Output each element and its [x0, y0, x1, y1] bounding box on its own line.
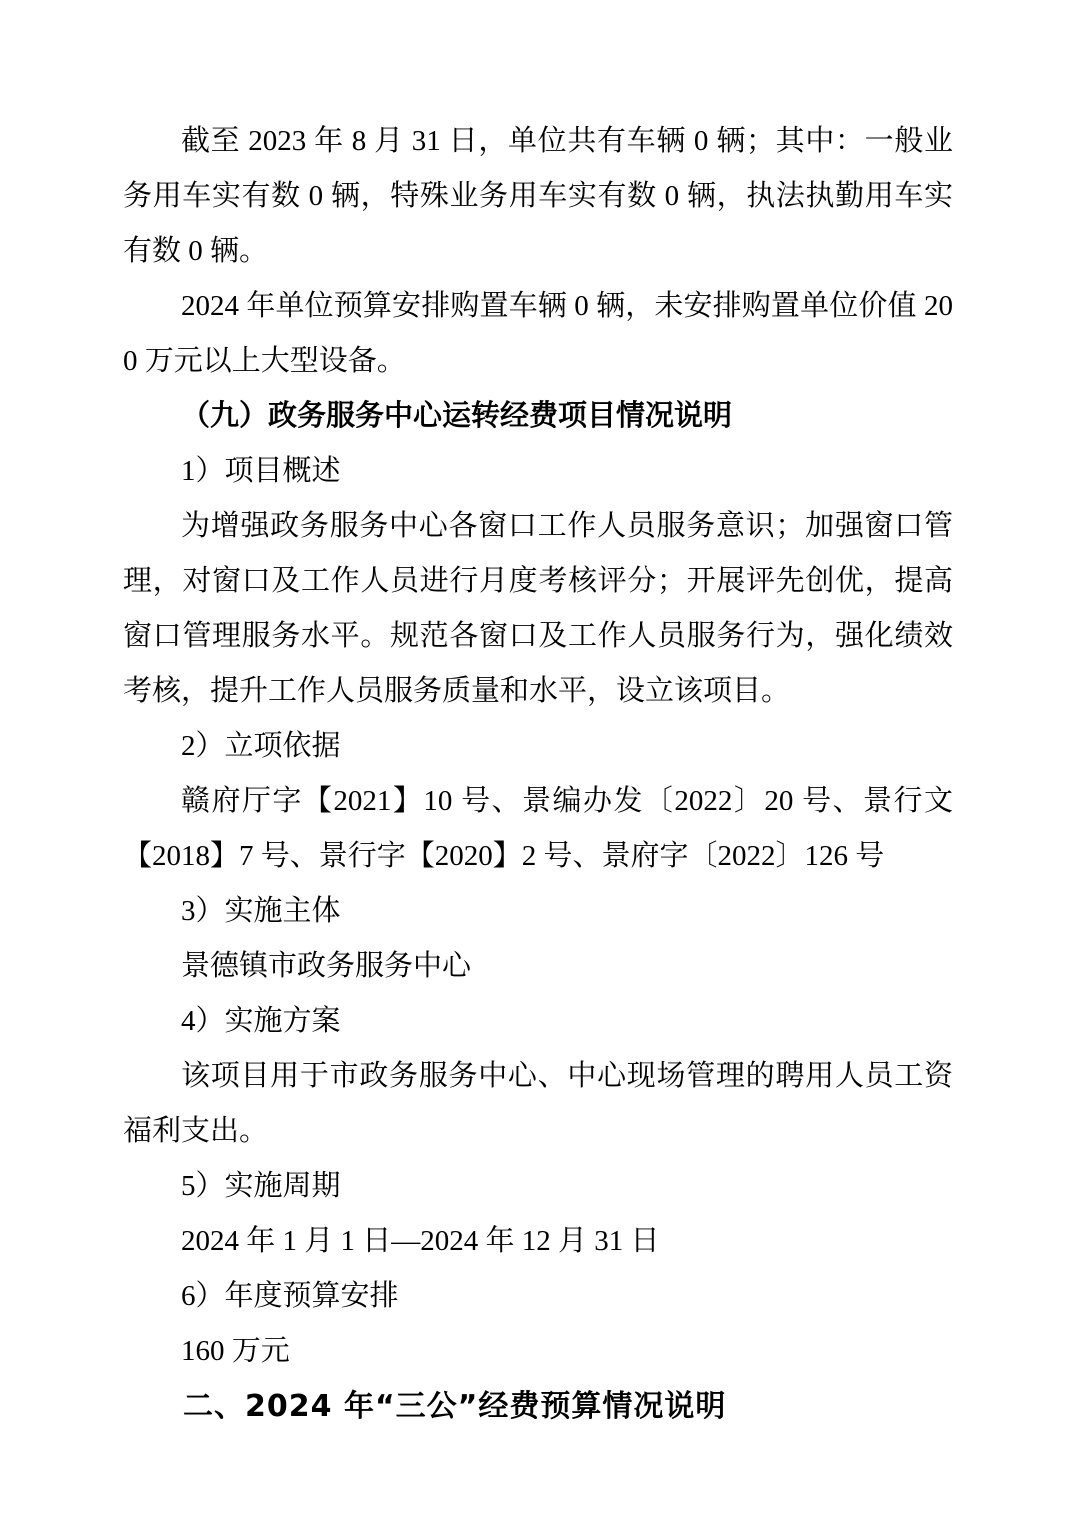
section-2-heading: 二、2024 年“三公”经费预算情况说明	[123, 1379, 953, 1434]
item-3-implementing-body-label: 3）实施主体	[123, 884, 953, 939]
item-6-annual-budget-label: 6）年度预算安排	[123, 1269, 953, 1324]
approval-basis-paragraph: 赣府厅字【2021】10 号、景编办发〔2022〕20 号、景行文【2018】7…	[123, 774, 953, 884]
implementation-period-paragraph: 2024 年 1 月 1 日—2024 年 12 月 31 日	[123, 1214, 953, 1269]
project-overview-paragraph: 为增强政务服务中心各窗口工作人员服务意识；加强窗口管理，对窗口及工作人员进行月度…	[123, 499, 953, 719]
document-page: 截至 2023 年 8 月 31 日，单位共有车辆 0 辆；其中：一般业务用车实…	[0, 0, 1074, 1520]
item-4-implementation-plan-label: 4）实施方案	[123, 994, 953, 1049]
budget-vehicles-paragraph: 2024 年单位预算安排购置车辆 0 辆，未安排购置单位价值 200 万元以上大…	[123, 279, 953, 389]
vehicles-summary-paragraph: 截至 2023 年 8 月 31 日，单位共有车辆 0 辆；其中：一般业务用车实…	[123, 114, 953, 279]
item-1-project-overview-label: 1）项目概述	[123, 444, 953, 499]
implementation-plan-paragraph: 该项目用于市政务服务中心、中心现场管理的聘用人员工资福利支出。	[123, 1049, 953, 1159]
item-5-implementation-period-label: 5）实施周期	[123, 1159, 953, 1214]
implementing-body-paragraph: 景德镇市政务服务中心	[123, 939, 953, 994]
item-2-approval-basis-label: 2）立项依据	[123, 719, 953, 774]
annual-budget-paragraph: 160 万元	[123, 1324, 953, 1379]
section-9-heading: （九）政务服务中心运转经费项目情况说明	[123, 389, 953, 444]
